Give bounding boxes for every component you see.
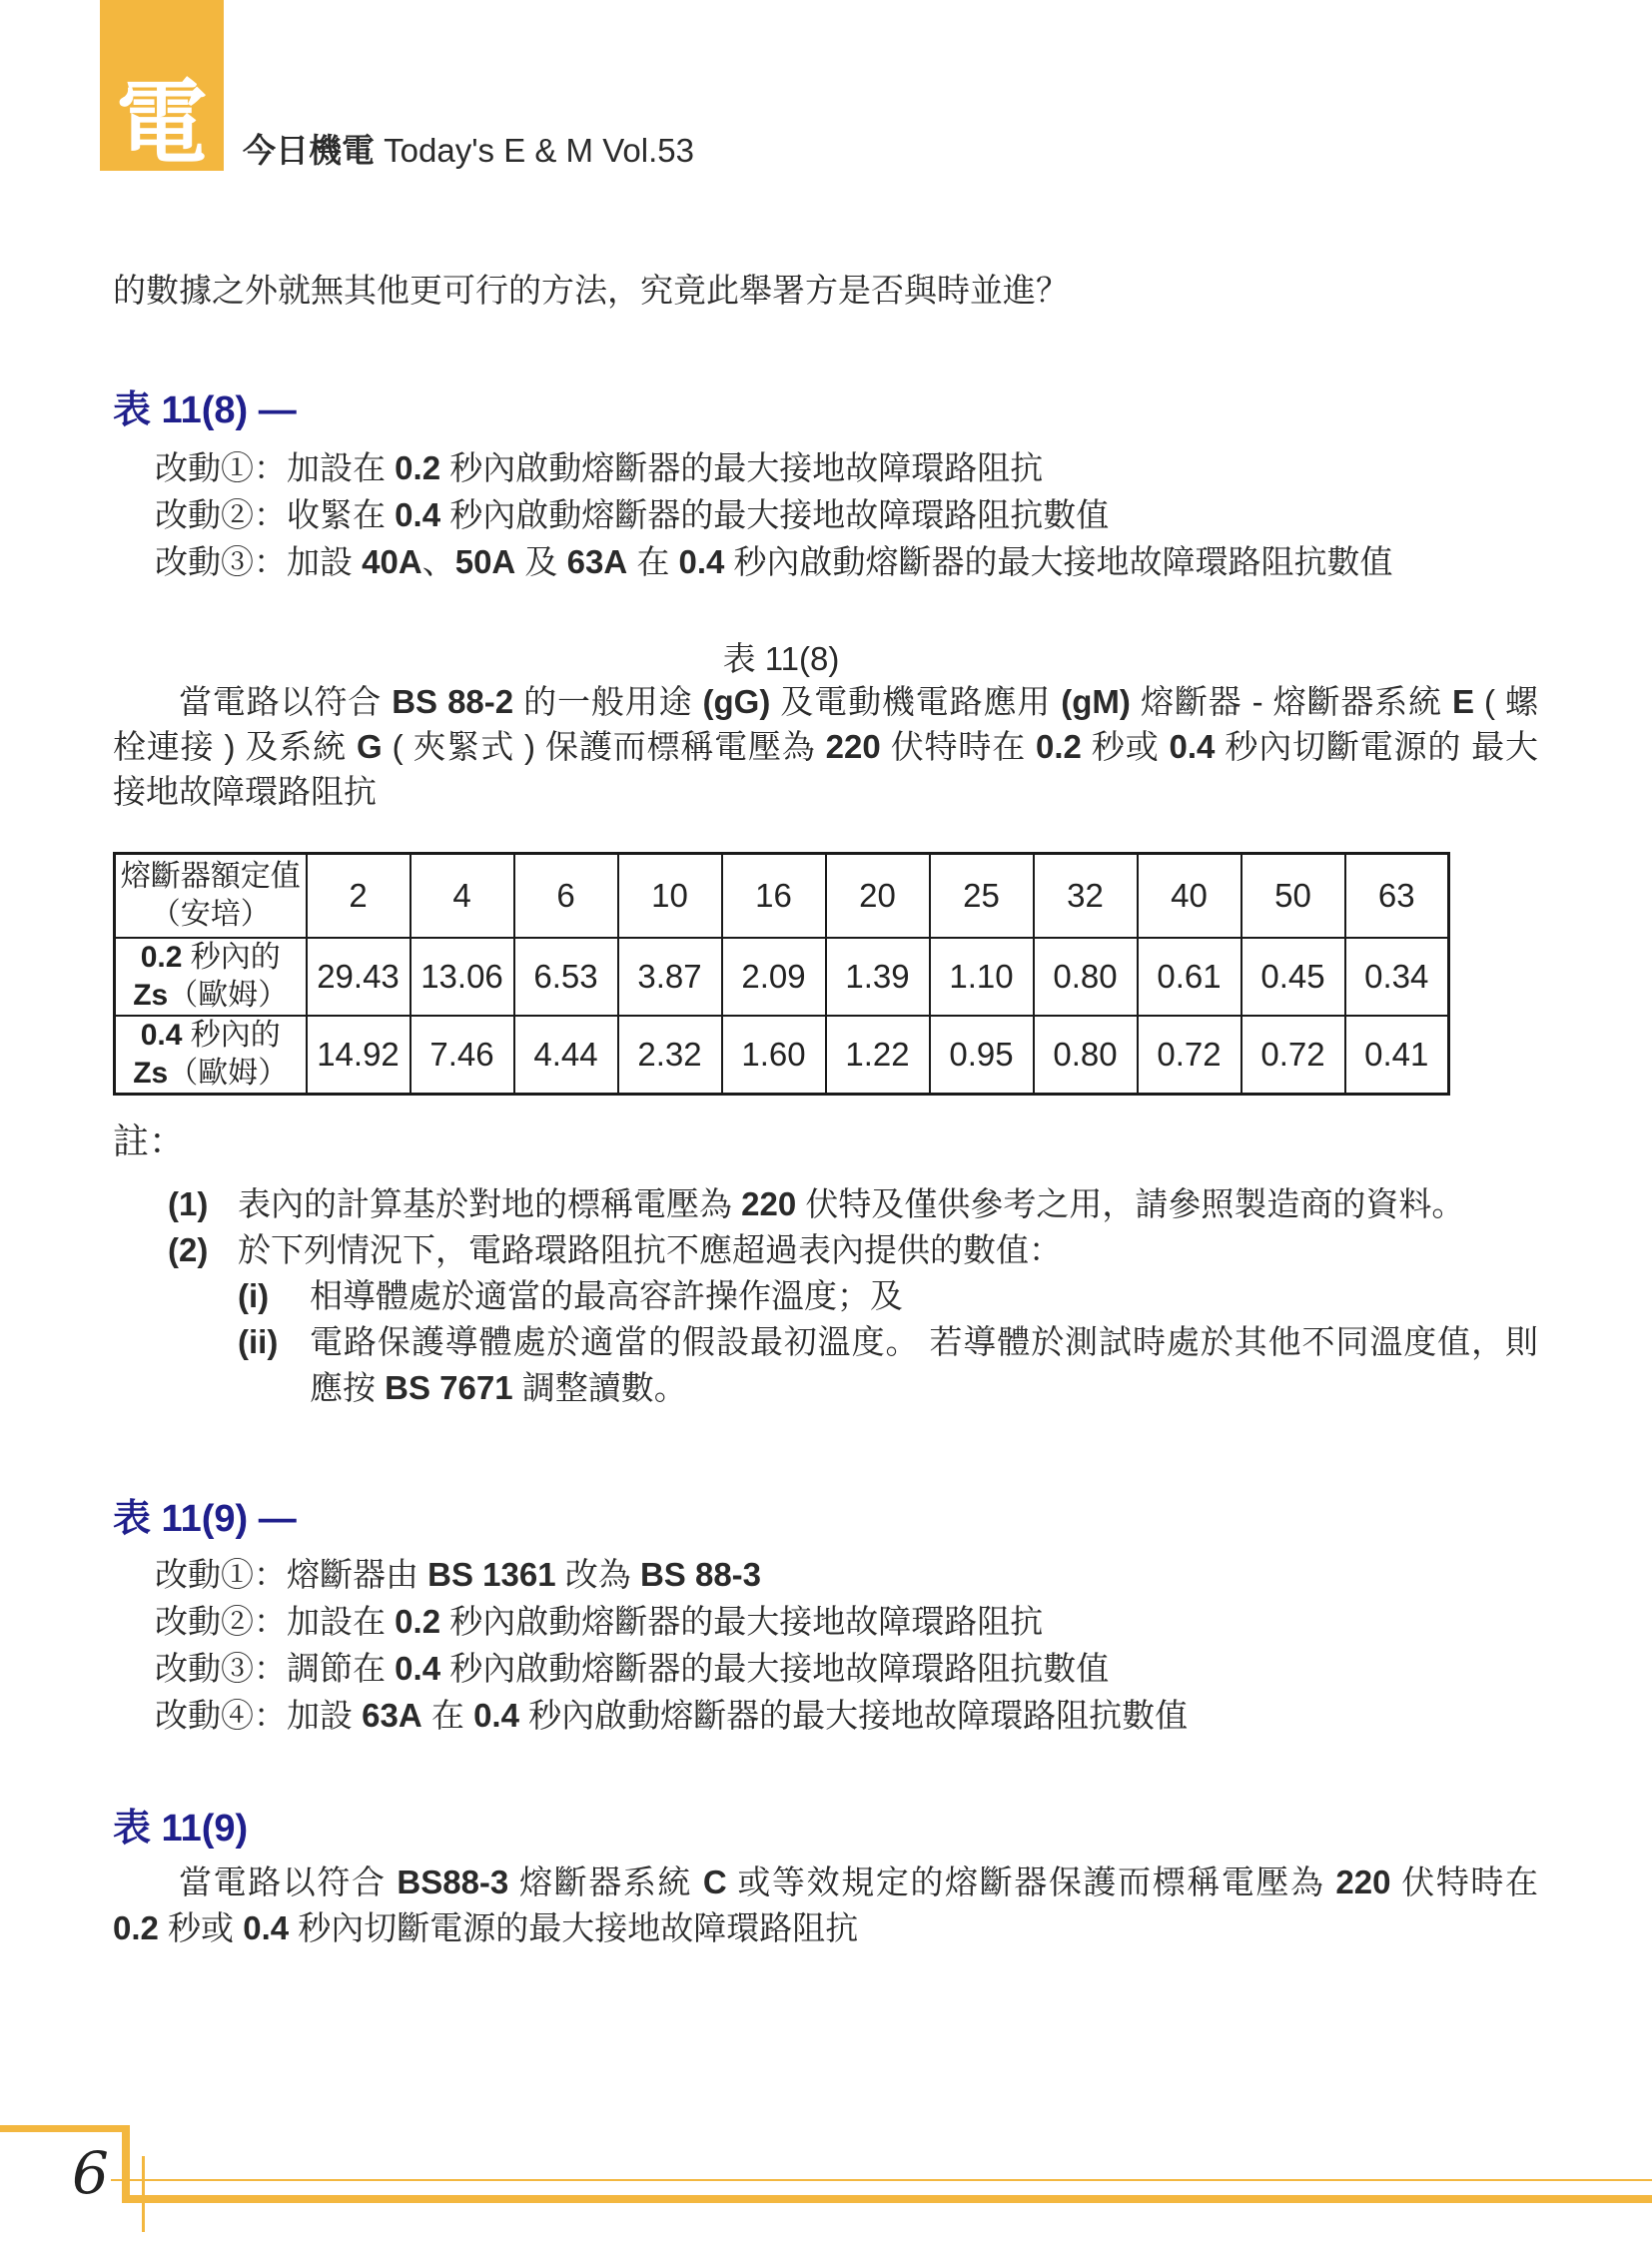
change-item: 改動③：調節在 0.4 秒內啟動熔斷器的最大接地故障環路阻抗數值	[155, 1645, 1553, 1692]
rating-column-header: 10	[618, 854, 722, 938]
table-row: 0.4 秒內的Zs（歐姆）14.927.464.442.321.601.220.…	[115, 1016, 1449, 1095]
magazine-title-en: Today's E & M Vol.53	[375, 132, 694, 169]
section-heading-table-11-8-changes: 表 11(8) —	[113, 387, 297, 433]
magazine-logo: 電	[100, 0, 224, 171]
zs-value-cell: 6.53	[514, 938, 618, 1016]
description-line: 當電路以符合 BS 88-2 的一般用途 (gG) 及電動機電路應用 (gM) …	[113, 679, 1538, 724]
footer-rule-vertical	[122, 2125, 130, 2203]
zs-value-cell: 13.06	[411, 938, 514, 1016]
rating-column-header: 32	[1034, 854, 1138, 938]
change-item: 改動②：加設在 0.2 秒內啟動熔斷器的最大接地故障環路阻抗	[155, 1598, 1553, 1645]
changes-list-table-11-9: 改動①：熔斷器由 BS 1361 改為 BS 88-3改動②：加設在 0.2 秒…	[155, 1551, 1553, 1739]
description-line: 接地故障環路阻抗	[113, 769, 1538, 814]
change-item: 改動②：收緊在 0.4 秒內啟動熔斷器的最大接地故障環路阻抗數值	[155, 491, 1553, 538]
section-heading-table-11-9: 表 11(9)	[113, 1806, 248, 1852]
logo-character: 電	[116, 77, 208, 171]
intro-paragraph: 的數據之外就無其他更可行的方法，究竟此舉署方是否與時並進？	[113, 268, 1538, 314]
rating-column-header: 2	[307, 854, 411, 938]
footer-rule-thin-vertical	[142, 2156, 145, 2232]
row-label: 0.2 秒內的Zs（歐姆）	[115, 938, 307, 1016]
footer-rule-thin	[111, 2179, 1652, 2181]
rating-column-header: 20	[826, 854, 930, 938]
section-heading-table-11-9-changes: 表 11(9) —	[113, 1496, 297, 1542]
footer-rule-bottom	[122, 2195, 1652, 2203]
table-caption-11-8: 表 11(8)	[113, 639, 1449, 679]
note-marker: (i)	[238, 1273, 310, 1319]
zs-table-container: 熔斷器額定值（安培）24610162025324050630.2 秒內的Zs（歐…	[113, 852, 1450, 1096]
document-page: 電 今日機電 Today's E & M Vol.53 的數據之外就無其他更可行…	[0, 0, 1652, 2242]
magazine-title: 今日機電 Today's E & M Vol.53	[243, 130, 694, 172]
notes-title: 註：	[113, 1119, 185, 1164]
zs-value-cell: 0.72	[1138, 1016, 1241, 1095]
table-row: 0.2 秒內的Zs（歐姆）29.4313.066.533.872.091.391…	[115, 938, 1449, 1016]
zs-value-cell: 0.80	[1034, 1016, 1138, 1095]
row-label: 0.4 秒內的Zs（歐姆）	[115, 1016, 307, 1095]
description-line: 栓連接 ) 及系統 G ( 夾緊式 ) 保護而標稱電壓為 220 伏特時在 0.…	[113, 724, 1538, 769]
note-marker: (1)	[168, 1181, 238, 1227]
changes-list-table-11-8: 改動①：加設在 0.2 秒內啟動熔斷器的最大接地故障環路阻抗改動②：收緊在 0.…	[155, 444, 1553, 585]
zs-value-cell: 2.09	[722, 938, 826, 1016]
zs-value-cell: 29.43	[307, 938, 411, 1016]
zs-value-cell: 0.45	[1241, 938, 1345, 1016]
rating-column-header: 6	[514, 854, 618, 938]
page-number: 6	[72, 2143, 109, 2203]
zs-value-cell: 0.72	[1241, 1016, 1345, 1095]
zs-value-cell: 0.34	[1345, 938, 1449, 1016]
note-text: 電路保護導體處於適當的假設最初溫度。 若導體於測試時處於其他不同溫度值，則應按 …	[310, 1319, 1538, 1411]
rating-column-header: 16	[722, 854, 826, 938]
rating-column-header: 50	[1241, 854, 1345, 938]
rating-column-header: 40	[1138, 854, 1241, 938]
note-item: (1)表內的計算基於對地的標稱電壓為 220 伏特及僅供參考之用，請參照製造商的…	[113, 1181, 1538, 1227]
footer-rule-top-left	[0, 2125, 126, 2132]
notes-list: (1)表內的計算基於對地的標稱電壓為 220 伏特及僅供參考之用，請參照製造商的…	[113, 1181, 1538, 1411]
note-text: 表內的計算基於對地的標稱電壓為 220 伏特及僅供參考之用，請參照製造商的資料。	[238, 1181, 1538, 1227]
zs-value-cell: 1.10	[930, 938, 1034, 1016]
zs-value-cell: 3.87	[618, 938, 722, 1016]
note-marker: (2)	[168, 1227, 238, 1273]
change-item: 改動③：加設 40A、50A 及 63A 在 0.4 秒內啟動熔斷器的最大接地故…	[155, 538, 1553, 585]
fuse-rating-header: 熔斷器額定值（安培）	[115, 854, 307, 938]
note-marker: (ii)	[238, 1319, 310, 1365]
table-header-row: 熔斷器額定值（安培）2461016202532405063	[115, 854, 1449, 938]
description-line: 0.2 秒或 0.4 秒內切斷電源的最大接地故障環路阻抗	[113, 1905, 1538, 1951]
zs-value-cell: 7.46	[411, 1016, 514, 1095]
note-item: (i)相導體處於適當的最高容許操作溫度；及	[113, 1273, 1538, 1319]
zs-value-cell: 0.80	[1034, 938, 1138, 1016]
change-item: 改動④：加設 63A 在 0.4 秒內啟動熔斷器的最大接地故障環路阻抗數值	[155, 1692, 1553, 1739]
note-item: (ii)電路保護導體處於適當的假設最初溫度。 若導體於測試時處於其他不同溫度值，…	[113, 1319, 1538, 1411]
note-text: 相導體處於適當的最高容許操作溫度；及	[310, 1273, 1538, 1319]
table-11-8-description: 當電路以符合 BS 88-2 的一般用途 (gG) 及電動機電路應用 (gM) …	[113, 679, 1538, 814]
zs-value-cell: 1.60	[722, 1016, 826, 1095]
note-text: 於下列情況下，電路環路阻抗不應超過表內提供的數值：	[238, 1227, 1538, 1273]
zs-value-cell: 0.61	[1138, 938, 1241, 1016]
description-line: 當電路以符合 BS88-3 熔斷器系統 C 或等效規定的熔斷器保護而標稱電壓為 …	[113, 1860, 1538, 1905]
rating-column-header: 25	[930, 854, 1034, 938]
table-11-9-description: 當電路以符合 BS88-3 熔斷器系統 C 或等效規定的熔斷器保護而標稱電壓為 …	[113, 1860, 1538, 1951]
zs-value-cell: 1.22	[826, 1016, 930, 1095]
rating-column-header: 4	[411, 854, 514, 938]
note-item: (2)於下列情況下，電路環路阻抗不應超過表內提供的數值：	[113, 1227, 1538, 1273]
zs-impedance-table: 熔斷器額定值（安培）24610162025324050630.2 秒內的Zs（歐…	[113, 852, 1450, 1096]
change-item: 改動①：加設在 0.2 秒內啟動熔斷器的最大接地故障環路阻抗	[155, 444, 1553, 491]
zs-value-cell: 1.39	[826, 938, 930, 1016]
zs-value-cell: 2.32	[618, 1016, 722, 1095]
zs-value-cell: 0.41	[1345, 1016, 1449, 1095]
rating-column-header: 63	[1345, 854, 1449, 938]
zs-value-cell: 4.44	[514, 1016, 618, 1095]
zs-value-cell: 14.92	[307, 1016, 411, 1095]
change-item: 改動①：熔斷器由 BS 1361 改為 BS 88-3	[155, 1551, 1553, 1598]
zs-value-cell: 0.95	[930, 1016, 1034, 1095]
magazine-title-zh: 今日機電	[243, 132, 375, 169]
